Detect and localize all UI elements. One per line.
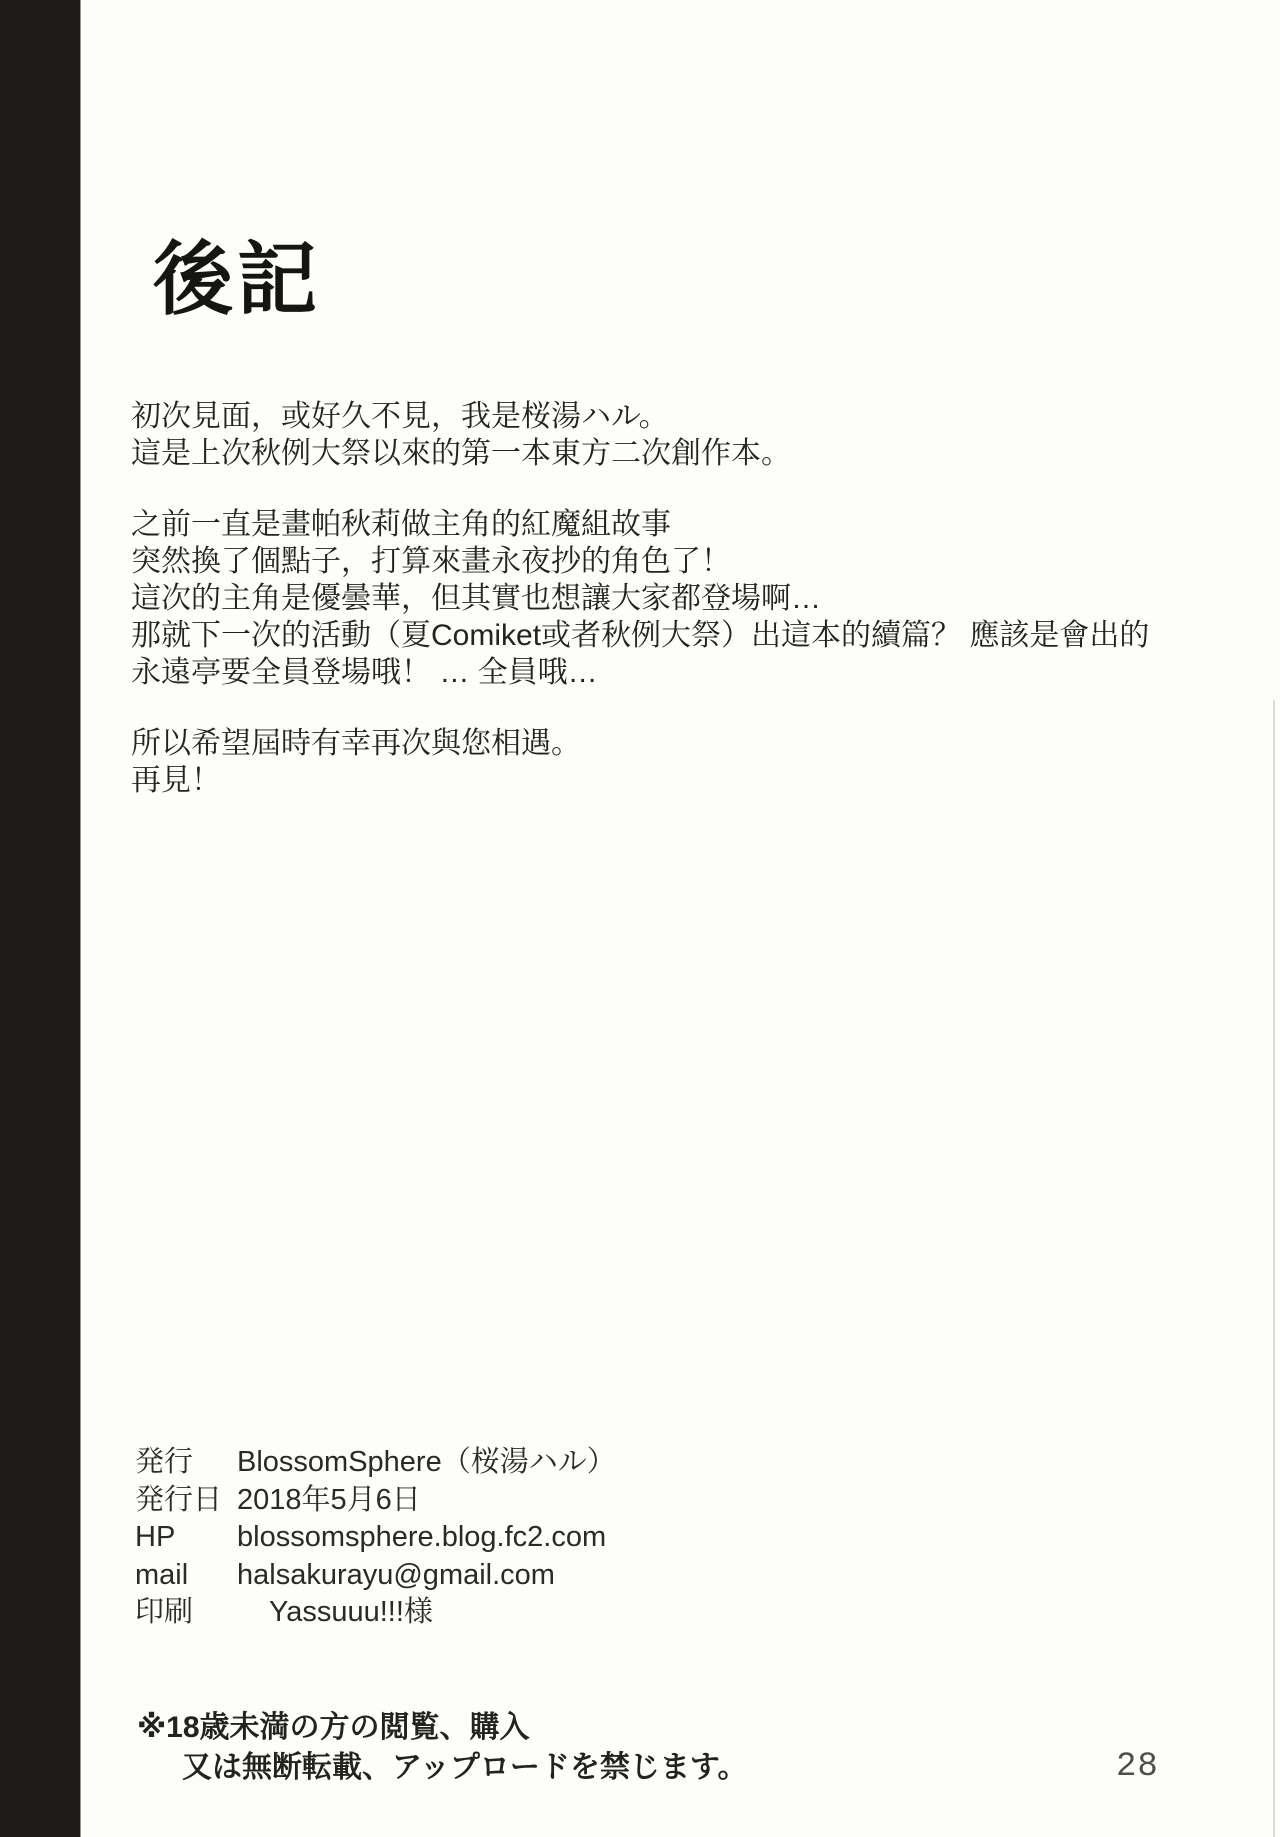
text-line: 初次見面，或好久不見，我是桜湯ハル。 [131, 398, 1221, 435]
colophon-label: mail [135, 1557, 237, 1595]
colophon-label: 印刷 [135, 1594, 237, 1632]
text-line: 這是上次秋例大祭以來的第一本東方二次創作本。 [131, 435, 1221, 472]
notice-line: ※18歳未満の方の閲覧、購入 [137, 1708, 748, 1748]
paragraph-farewell: 所以希望屆時有幸再次與您相遇。 再見！ [131, 725, 1221, 799]
paragraph-main: 之前一直是畫帕秋莉做主角的紅魔組故事 突然換了個點子，打算來畫永夜抄的角色了！ … [131, 506, 1221, 691]
text-line: 突然換了個點子，打算來畫永夜抄的角色了！ [131, 543, 1221, 580]
book-gutter-shadow [0, 0, 81, 1837]
text-line: 那就下一次的活動（夏Comiket或者秋例大祭）出這本的續篇？ 應該是會出的 [131, 617, 1221, 654]
colophon-row-mail: mail halsakurayu@gmail.com [135, 1557, 1035, 1595]
colophon-row-date: 発行日 2018年5月6日 [135, 1482, 1035, 1520]
text-line: 永遠亭要全員登場哦！ … 全員哦… [131, 654, 1221, 691]
colophon-label: HP [135, 1519, 237, 1557]
text-line: 所以希望屆時有幸再次與您相遇。 [131, 725, 1221, 762]
colophon-row-printer: 印刷 Yassuuu!!!様 [135, 1594, 1035, 1632]
colophon-row-homepage: HP blossomsphere.blog.fc2.com [135, 1519, 1035, 1557]
text-line: 再見！ [131, 762, 1221, 799]
colophon-label: 発行日 [135, 1482, 237, 1520]
colophon-value: blossomsphere.blog.fc2.com [237, 1519, 606, 1557]
page-title: 後記 [153, 238, 321, 322]
colophon-label: 発行 [135, 1444, 237, 1482]
colophon-value: Yassuuu!!!様 [237, 1594, 433, 1632]
colophon-value: halsakurayu@gmail.com [237, 1557, 555, 1595]
page-number: 28 [1116, 1748, 1159, 1786]
scan-edge-line [1273, 700, 1275, 1837]
colophon-value: BlossomSphere（桜湯ハル） [237, 1444, 616, 1482]
text-line: 之前一直是畫帕秋莉做主角的紅魔組故事 [131, 506, 1221, 543]
colophon: 発行 BlossomSphere（桜湯ハル） 発行日 2018年5月6日 HP … [135, 1444, 1035, 1632]
paragraph-greeting: 初次見面，或好久不見，我是桜湯ハル。 這是上次秋例大祭以來的第一本東方二次創作本… [131, 398, 1221, 472]
text-line: 這次的主角是優曇華，但其實也想讓大家都登場啊… [131, 580, 1221, 617]
colophon-row-publisher: 発行 BlossomSphere（桜湯ハル） [135, 1444, 1035, 1482]
colophon-value: 2018年5月6日 [237, 1482, 421, 1520]
notice-line: 又は無断転載、アップロードを禁じます。 [182, 1748, 748, 1788]
age-restriction-notice: ※18歳未満の方の閲覧、購入 又は無断転載、アップロードを禁じます。 [137, 1708, 748, 1788]
afterword-text: 初次見面，或好久不見，我是桜湯ハル。 這是上次秋例大祭以來的第一本東方二次創作本… [131, 398, 1221, 833]
